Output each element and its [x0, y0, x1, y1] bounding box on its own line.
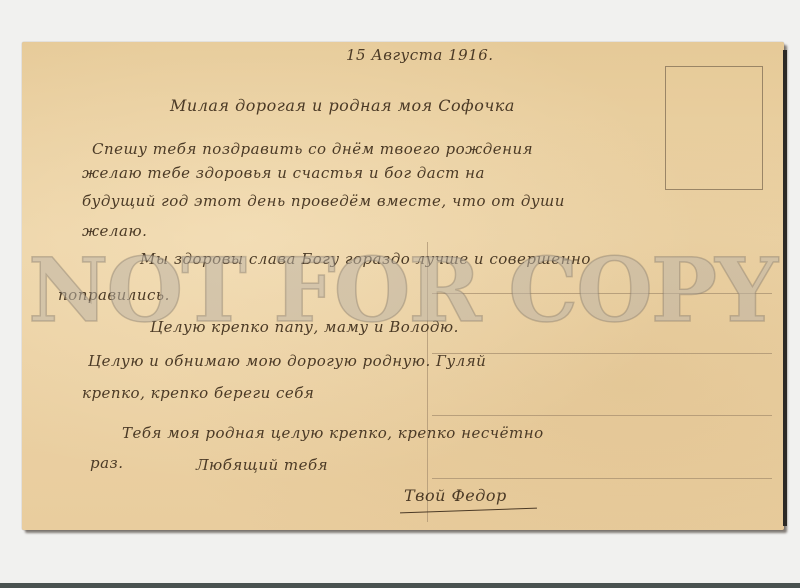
- letter-line: желаю тебе здоровья и счастья и бог даст…: [82, 164, 485, 182]
- letter-line: Тебя моя родная целую крепко, крепко нес…: [122, 424, 544, 442]
- signature: Твой Федор: [404, 486, 507, 505]
- postcard-greeting: Милая дорогая и родная моя Софочка: [170, 96, 515, 115]
- address-line: [432, 478, 772, 479]
- postcard-date: 15 Августа 1916.: [346, 46, 494, 64]
- letter-line: раз.: [90, 454, 124, 472]
- letter-line: будущий год этот день проведём вместе, ч…: [82, 192, 565, 210]
- letter-line: поправились.: [58, 286, 170, 304]
- address-divider: [427, 242, 428, 522]
- letter-line: крепко, крепко береги себя: [82, 384, 314, 402]
- bottom-border: [0, 583, 800, 588]
- letter-line: желаю.: [82, 222, 147, 240]
- letter-line: Спешу тебя поздравить со днём твоего рож…: [92, 140, 533, 158]
- letter-line: Любящий тебя: [196, 456, 328, 474]
- letter-line: Мы здоровы слава Богу гораздо лучше и со…: [140, 250, 591, 268]
- stamp-box: [665, 66, 763, 190]
- letter-line: Целую и обнимаю мою дорогую родную. Гуля…: [88, 352, 486, 370]
- address-line: [432, 293, 772, 294]
- address-line: [432, 415, 772, 416]
- letter-line: Целую крепко папу, маму и Володю.: [150, 318, 459, 336]
